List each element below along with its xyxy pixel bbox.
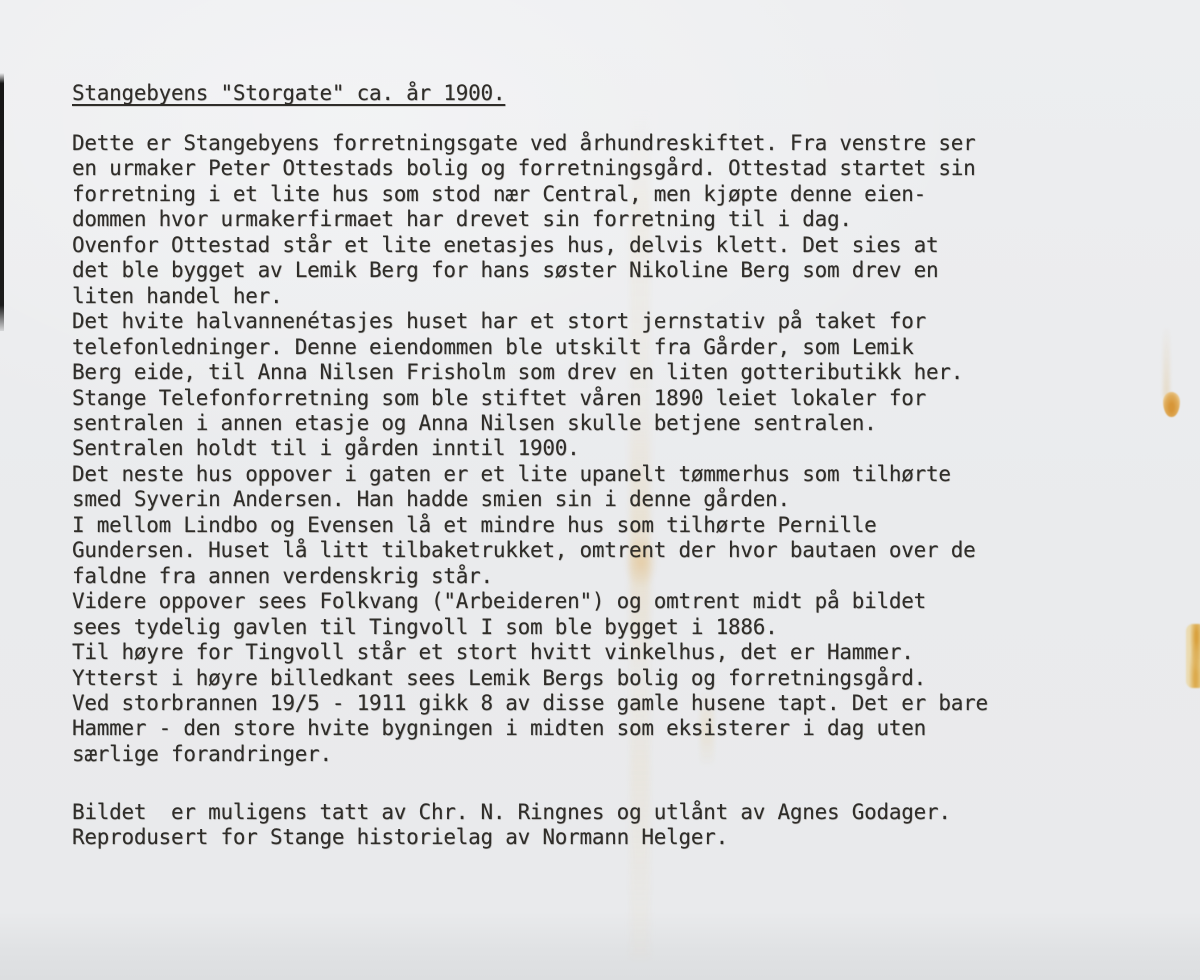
text-line: telefonledninger. Denne eiendommen ble u… (72, 335, 988, 360)
text-line: Videre oppover sees Folkvang ("Arbeidere… (72, 589, 988, 614)
text-line: særlige forandringer. (72, 742, 988, 767)
text-line: smed Syverin Andersen. Han hadde smien s… (72, 487, 988, 512)
text-line: det ble bygget av Lemik Berg for hans sø… (72, 258, 988, 283)
text-line: Til høyre for Tingvoll står et stort hvi… (72, 640, 988, 665)
text-line: sentralen i annen etasje og Anna Nilsen … (72, 411, 988, 436)
text-line: Ytterst i høyre billedkant sees Lemik Be… (72, 666, 988, 691)
orange-drip-stain (1163, 392, 1180, 417)
text-line: I mellom Lindbo og Evensen lå et mindre … (72, 513, 988, 538)
text-line: Berg eide, til Anna Nilsen Frisholm som … (72, 360, 988, 385)
text-line: forretning i et lite hus som stod nær Ce… (72, 182, 988, 207)
text-line: sees tydelig gavlen til Tingvoll I som b… (72, 615, 988, 640)
text-line: faldne fra annen verdenskrig står. (72, 564, 988, 589)
text-line: dommen hvor urmakerfirmaet har drevet si… (72, 207, 988, 232)
text-line: Stange Telefonforretning som ble stiftet… (72, 386, 988, 411)
text-line: Ved storbrannen 19/5 - 1911 gikk 8 av di… (72, 691, 988, 716)
scanned-paper-page: Stangebyens "Storgate" ca. år 1900. Dett… (0, 0, 1200, 980)
document-credits: Bildet er muligens tatt av Chr. N. Ringn… (72, 800, 951, 851)
text-line: Det hvite halvannenétasjes huset har et … (72, 309, 988, 334)
yellow-edge-stain (1186, 624, 1200, 688)
text-line: Bildet er muligens tatt av Chr. N. Ringn… (72, 800, 951, 825)
text-line: Hammer - den store hvite bygningen i mid… (72, 716, 988, 741)
text-line: en urmaker Peter Ottestads bolig og forr… (72, 156, 988, 181)
scan-edge-mark (0, 73, 4, 331)
text-line: Dette er Stangebyens forretningsgate ved… (72, 131, 988, 156)
text-line: Sentralen holdt til i gården inntil 1900… (72, 436, 988, 461)
text-line: Gundersen. Huset lå litt tilbaketrukket,… (72, 538, 988, 563)
document-body: Dette er Stangebyens forretningsgate ved… (72, 131, 988, 767)
text-line: liten handel her. (72, 284, 988, 309)
stain-drip-tail (1163, 325, 1170, 397)
document-title: Stangebyens "Storgate" ca. år 1900. (72, 81, 505, 106)
text-line: Reprodusert for Stange historielag av No… (72, 825, 951, 850)
text-line: Ovenfor Ottestad står et lite enetasjes … (72, 233, 988, 258)
text-line: Det neste hus oppover i gaten er et lite… (72, 462, 988, 487)
